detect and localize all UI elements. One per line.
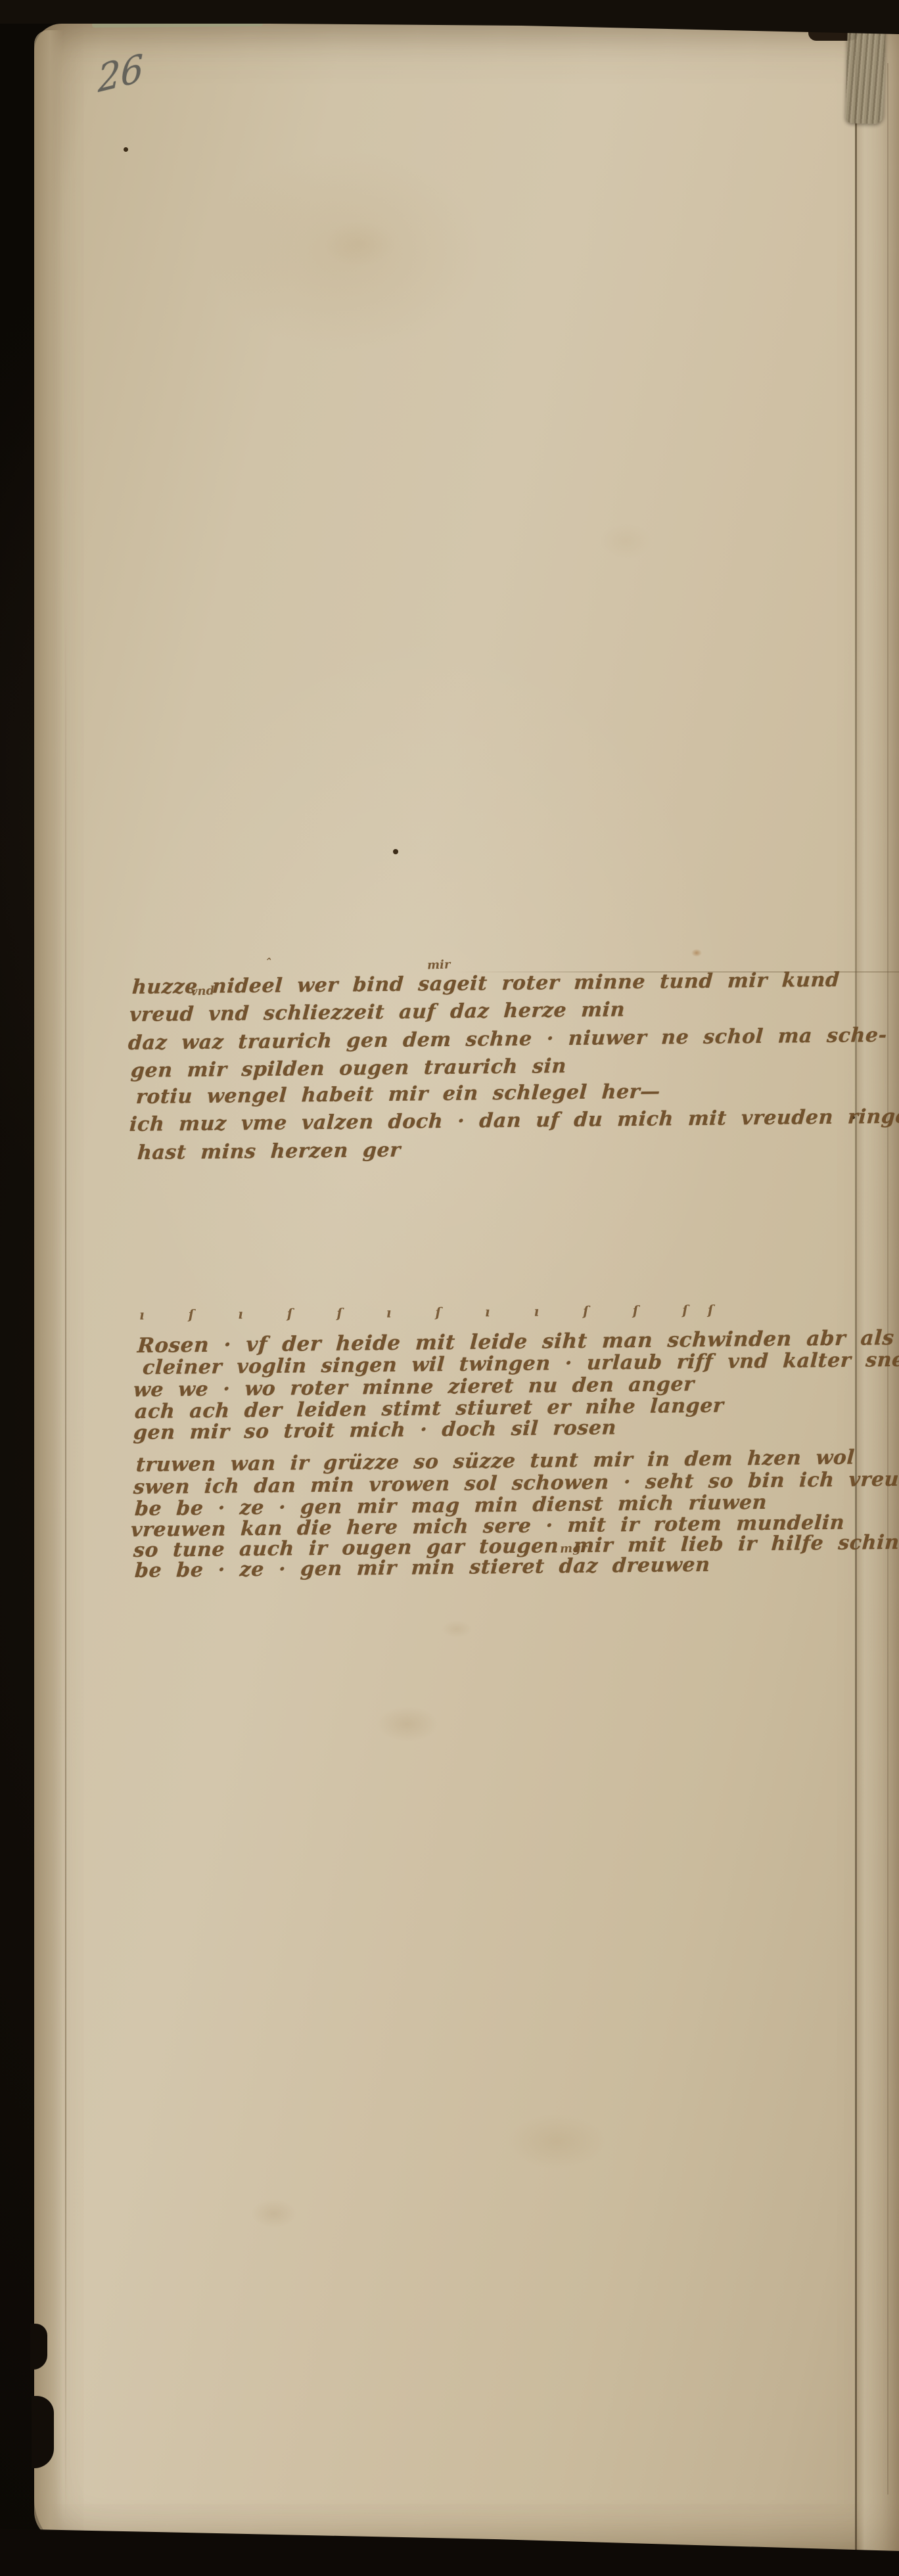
manuscript-line: hast mins herzen ger — [137, 1139, 402, 1164]
binding-gutter — [857, 24, 899, 2556]
stain — [691, 949, 702, 957]
stain — [442, 1621, 472, 1638]
binding-crease-secondary — [887, 63, 888, 2495]
binding-crease — [855, 24, 857, 2556]
manuscript-page: 26 ˆ mir vnd huzze nideel wer bind sagei… — [34, 24, 899, 2556]
manuscript-line: daz waz traurich gen dem schne · niuwer … — [127, 1023, 899, 1055]
stain — [323, 221, 396, 267]
manuscript-line: gen mir spilden ougen traurich sin — [130, 1055, 567, 1082]
ink-dot — [124, 147, 128, 152]
deckle-edge — [34, 30, 63, 2541]
ink-dot — [393, 849, 398, 854]
interlinear-gloss: mir — [427, 957, 451, 972]
manuscript-line: rotiu wengel habeit mir ein schlegel her… — [135, 1080, 661, 1109]
flourish-row: ı ſ ı ſ ſ ı ſ ı ı ſ ſ ſſ — [139, 1300, 875, 1323]
left-fold-line — [65, 615, 66, 2521]
torn-edge-notch — [30, 2324, 47, 2370]
manuscript-line: vreud vnd schliezzeit auf daz herze min — [129, 998, 626, 1026]
manuscript-line: ich muz vme valzen doch · dan uf du mich… — [129, 1105, 899, 1136]
stain — [599, 523, 652, 559]
manuscript-line: huzze nideel wer bind sageit roter minne… — [131, 969, 841, 999]
torn-edge-notch — [32, 2396, 54, 2468]
manuscript-line: gen mir so troit mich · doch sil rosen — [133, 1416, 617, 1444]
caret-mark: ˆ — [265, 957, 272, 971]
stain — [251, 2199, 297, 2228]
page-number: 26 — [98, 46, 143, 101]
stain — [507, 2113, 606, 2169]
photo-background: 26 ˆ mir vnd huzze nideel wer bind sagei… — [0, 0, 899, 2576]
binding-stitches — [845, 24, 886, 124]
stain — [376, 1706, 438, 1742]
